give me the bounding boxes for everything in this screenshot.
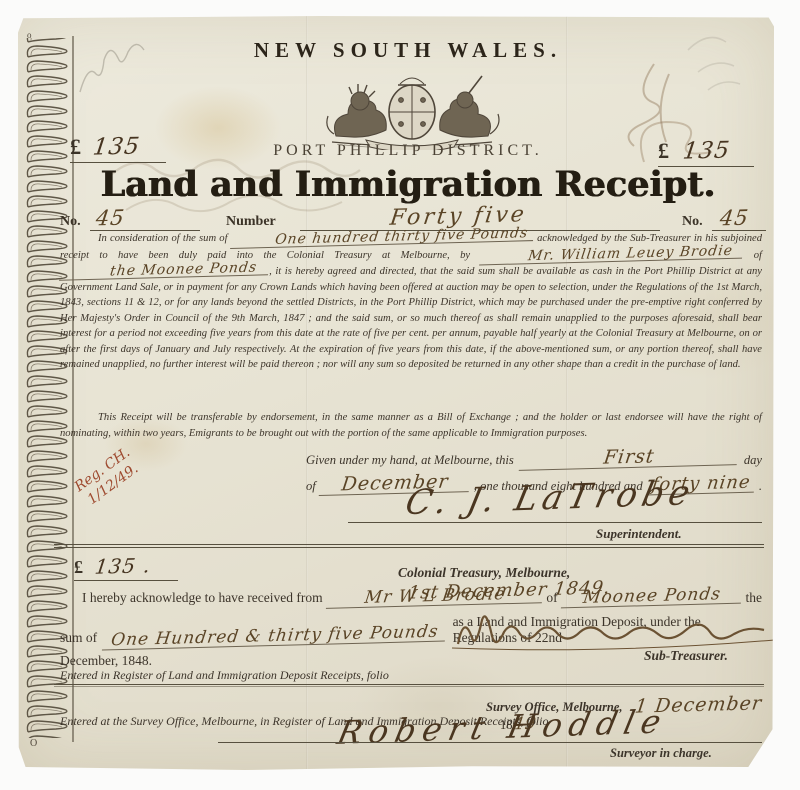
printed-text: of — [743, 250, 762, 261]
no-label: No. — [682, 214, 703, 230]
amount-lower: £ 135 . — [74, 556, 178, 581]
signature-line — [218, 742, 762, 743]
royal-coat-of-arms — [314, 60, 510, 150]
printed-text: the — [746, 590, 763, 606]
printed-text: of — [306, 479, 316, 494]
body-paragraph: In consideration of the sum of One hundr… — [60, 230, 762, 373]
no-value-handwritten: 45 — [719, 208, 750, 230]
no-value-handwritten: 45 — [95, 208, 126, 230]
surveyor-label: Surveyor in charge. — [610, 746, 712, 761]
printed-text: of — [546, 590, 557, 606]
sub-treasurer-signature-scrawl — [448, 610, 778, 654]
treasury-office-label: Colonial Treasury, Melbourne, — [398, 565, 570, 580]
payer-place-handwritten: Moonee Ponds — [561, 586, 743, 609]
printed-text: day — [744, 453, 762, 468]
printed-text: I hereby acknowledge to have received fr… — [60, 590, 323, 606]
registration-note-red-ink: Reg. CH. 1/12/49. — [72, 445, 144, 511]
printed-text: . — [759, 479, 762, 494]
printed-text: In consideration of the sum of — [98, 233, 231, 244]
pound-sign: £ — [74, 557, 83, 577]
svg-text:O: O — [30, 738, 37, 749]
surveyor-signature: Robert Hoddle — [334, 702, 671, 752]
sum-handwritten: One hundred thirty five Pounds — [230, 226, 535, 249]
transfer-clause: This Receipt will be transferable by end… — [60, 410, 762, 441]
section-divider — [54, 544, 764, 548]
printed-text: Given under my hand, at Melbourne, this — [306, 453, 514, 468]
day-handwritten: First — [518, 445, 739, 471]
pound-sign: £ — [70, 134, 81, 159]
amount-top-left: £ 135 — [70, 134, 166, 163]
svg-text:o: o — [27, 30, 32, 40]
section-divider — [54, 684, 764, 685]
superintendent-label: Superintendent. — [596, 526, 682, 542]
printed-text: sum of — [60, 630, 97, 646]
signature-line — [348, 522, 762, 523]
payer-name-handwritten: Mr W L Brodie — [325, 585, 543, 609]
sum-handwritten: One Hundred & thirty five Pounds — [102, 623, 448, 650]
document-title: Land and Immigration Receipt. — [78, 164, 738, 205]
scanned-document: o O NEW SOUTH WALES. — [0, 0, 800, 790]
register-entry-note: Entered in Register of Land and Immigrat… — [60, 668, 389, 683]
printed-text: , it is hereby agreed and directed, that… — [60, 266, 762, 370]
pound-sign: £ — [658, 138, 669, 163]
sub-treasurer-label: Sub-Treasurer. — [644, 648, 728, 664]
amount-top-right: £ 135 — [658, 138, 754, 167]
document-paper: o O NEW SOUTH WALES. — [18, 16, 774, 770]
payer-place-handwritten: the Moonee Ponds — [59, 260, 270, 281]
amount-value-handwritten: 135 . — [94, 555, 153, 577]
no-label: No. — [60, 214, 81, 230]
number-label: Number — [226, 214, 276, 230]
payer-name-handwritten: Mr. William Leuey Brodie — [480, 243, 745, 265]
section-divider — [54, 686, 764, 687]
district-heading: PORT PHILLIP DISTRICT. — [158, 142, 658, 160]
amount-value-handwritten: 135 — [681, 139, 731, 163]
amount-value-handwritten: 135 — [91, 135, 141, 159]
